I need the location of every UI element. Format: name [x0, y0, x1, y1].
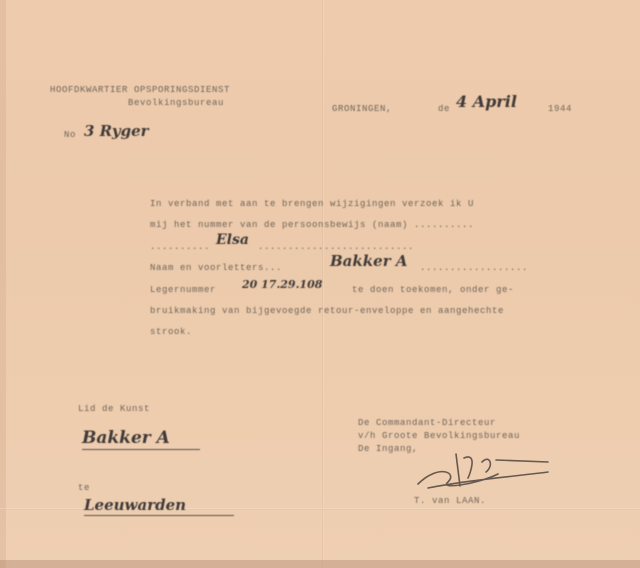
- paper-left-edge: [0, 0, 6, 568]
- body-line1: In verband met aan te brengen wijziginge…: [150, 199, 474, 209]
- right-block-line1: De Commandant-Directeur: [358, 418, 496, 428]
- body-line4-label: Naam en voorletters...: [150, 263, 282, 273]
- body-line7: strook.: [150, 327, 192, 337]
- right-block-name: T. van LAAN.: [414, 496, 486, 506]
- left-block-location: Leeuwarden: [84, 496, 234, 516]
- reference-prefix: No: [64, 130, 76, 140]
- left-block-sub-label: te: [78, 483, 90, 493]
- body-line5-label: Legernummer: [150, 285, 216, 295]
- date-handwritten: 4 April: [456, 92, 517, 111]
- left-block-label: Lid de Kunst: [78, 404, 150, 414]
- body-line4-handwritten: Bakker A: [330, 252, 408, 270]
- right-block-line2: v/h Groote Bevolkingsbureau: [358, 431, 520, 441]
- date-year: 1944: [548, 104, 572, 114]
- letterhead-line1: HOOFDKWARTIER OPSPORINGSDIENST: [50, 85, 230, 95]
- reference-handwritten: 3 Ryger: [84, 122, 149, 140]
- date-day-prefix: de: [438, 104, 450, 114]
- body-line3-dots-before: ..........: [150, 242, 210, 252]
- left-block-signature: Bakker A: [82, 428, 200, 450]
- body-line6: bruikmaking van bijgevoegde retour-envel…: [150, 306, 504, 316]
- place-typed: GRONINGEN,: [332, 104, 392, 114]
- body-line3-dots-after: ..........................: [258, 242, 414, 252]
- body-line4-dots-after: ..................: [420, 263, 528, 273]
- body-line3-handwritten: Elsa: [216, 232, 249, 248]
- paper-bottom-edge: [0, 560, 640, 568]
- letterhead-line2: Bevolkingsbureau: [128, 98, 224, 108]
- body-line5-handwritten: 20 17.29.108: [242, 278, 322, 291]
- body-line5-rest: te doen toekomen, onder ge-: [352, 285, 514, 295]
- body-line2: mij het nummer van de persoonsbewijs (na…: [150, 220, 474, 230]
